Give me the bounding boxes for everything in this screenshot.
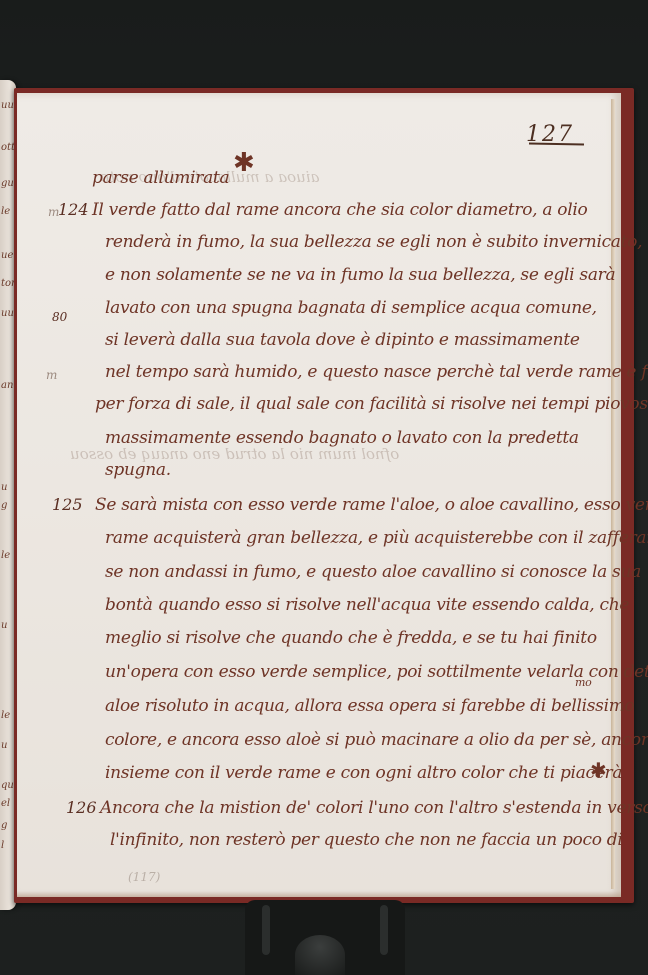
- paragraph-line: Il verde fatto dal rame ancora che sia c…: [92, 200, 587, 220]
- paragraph-line: spugna.: [105, 460, 171, 480]
- paragraph-line: renderà in fumo, la sua bellezza se egli…: [105, 232, 642, 252]
- paragraph-line: aloe risoluto in acqua, allora essa oper…: [105, 696, 635, 716]
- paragraph-line: nel tempo sarà humido, e questo nasce pe…: [105, 362, 648, 382]
- left-page-fragment: an: [1, 380, 13, 391]
- superscript-abbreviation: mo: [575, 676, 591, 689]
- asterisk-mark-icon: ✱: [233, 150, 255, 176]
- paragraph-line: rame acquisterà gran bellezza, e più acq…: [105, 528, 648, 548]
- paragraph-line: si leverà dalla sua tavola dove è dipint…: [105, 330, 580, 350]
- paragraph-line: se non andassi in fumo, e questo aloe ca…: [105, 562, 641, 582]
- cradle-arm: [380, 905, 388, 955]
- paragraph-line: un'opera con esso verde semplice, poi so…: [105, 662, 648, 682]
- asterisk-mark-icon: ✱: [590, 760, 607, 780]
- cradle-arm: [262, 905, 270, 955]
- left-page-fragment: le: [1, 710, 10, 721]
- cradle-knob: [295, 935, 345, 975]
- left-page-fragment: g: [1, 820, 7, 831]
- left-page-fragment: le: [1, 206, 10, 217]
- paragraph-line: Se sarà mista con esso verde rame l'aloe…: [95, 495, 648, 515]
- paragraph-line: bontà quando esso si risolve nell'acqua …: [105, 595, 629, 615]
- left-page-fragment: l: [1, 840, 4, 851]
- paragraph-line: meglio si risolve che quando che è fredd…: [105, 628, 597, 648]
- paragraph-line: lavato con una spugna bagnata di semplic…: [105, 298, 597, 318]
- paragraph-number: 126: [66, 798, 97, 817]
- page-bottom-shade: [17, 891, 621, 897]
- paragraph-number: 125: [52, 495, 83, 514]
- left-page-fragment: el: [1, 798, 10, 809]
- pencil-catalog-note: (117): [128, 870, 160, 884]
- left-page-fragment: uu: [1, 308, 14, 319]
- margin-mark: m: [46, 368, 57, 382]
- left-page-fragment: qu: [1, 780, 14, 791]
- left-page-fragment: u: [1, 620, 7, 631]
- paragraph-line: Ancora che la mistion de' colori l'uno c…: [100, 798, 648, 818]
- paragraph-line: e non solamente se ne va in fumo la sua …: [105, 265, 615, 285]
- margin-mark: 80: [52, 310, 67, 324]
- left-page-fragment: g: [1, 500, 7, 511]
- paragraph-line: l'infinito, non resterò per questo che n…: [110, 830, 622, 850]
- left-page-fragment: u: [1, 482, 7, 493]
- left-page-fragment: le: [1, 550, 10, 561]
- paragraph-line: massimamente essendo bagnato o lavato co…: [105, 428, 579, 448]
- left-page-fragment: gu: [1, 178, 14, 189]
- paragraph-line: insieme con il verde rame e con ogni alt…: [105, 763, 622, 783]
- paragraph-line: per forza di sale, il qual sale con faci…: [95, 394, 648, 414]
- paragraph-line: colore, e ancora esso aloè si può macina…: [105, 730, 648, 750]
- left-page-fragment: uu: [1, 100, 14, 111]
- header-line: parse allumirata: [92, 168, 229, 188]
- left-page-fragment: ue: [1, 250, 13, 261]
- paragraph-number: 124: [58, 200, 89, 219]
- left-page-fragment: u: [1, 740, 7, 751]
